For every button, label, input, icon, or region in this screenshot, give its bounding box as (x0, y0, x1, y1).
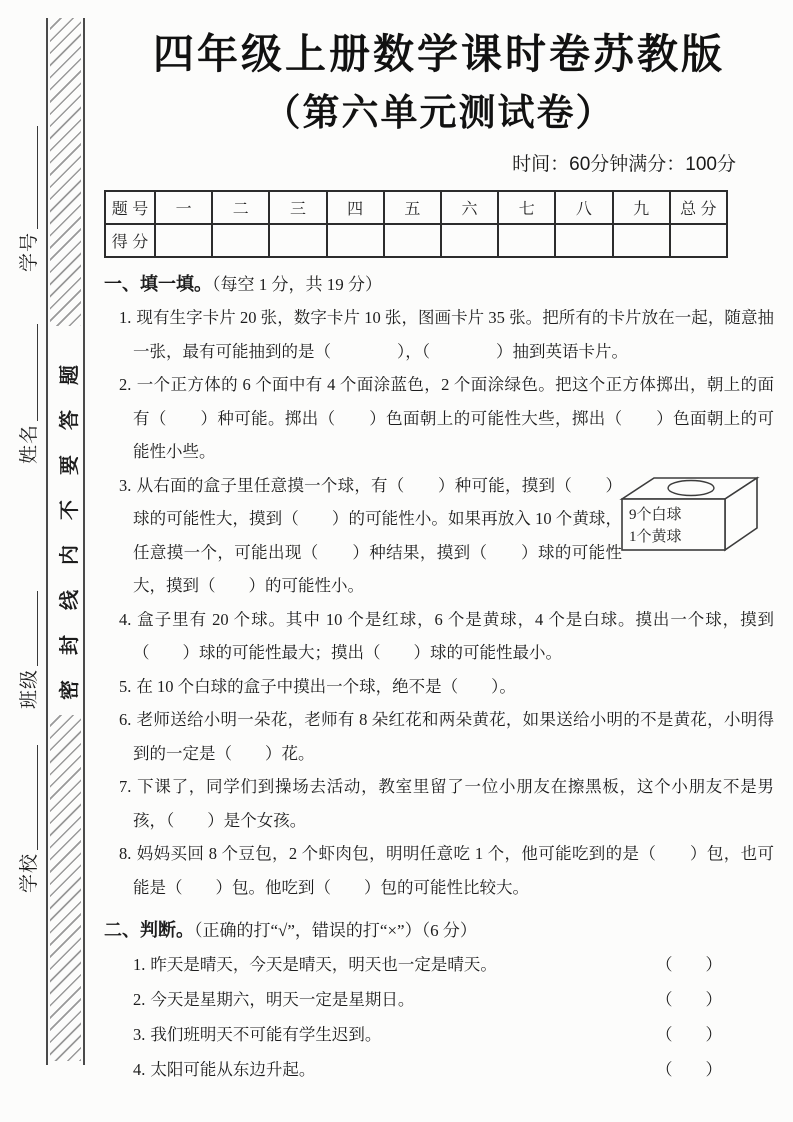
question-number: 4. (119, 610, 131, 629)
question-3: 9个白球 1个黄球 3.从右面的盒子里任意摸一个球，有（ ）种可能，摸到（ ）球… (104, 469, 774, 603)
answer-blank: （ ） (656, 1052, 774, 1087)
score-input-cell (498, 224, 555, 257)
score-table-header-row: 题 号 一 二 三 四 五 六 七 八 九 总 分 (105, 191, 727, 224)
student-id-field: 学号 (15, 126, 41, 272)
student-name-field: 姓名 (15, 324, 41, 464)
judgment-1: 1.昨天是晴天，今天是晴天，明天也一定是晴天。 （ ） (104, 947, 774, 982)
score-header-cell: 七 (498, 191, 555, 224)
judgment-number: 3. (133, 1025, 145, 1044)
time-score-info: 时间：60分钟满分：100分 (104, 149, 774, 176)
question-text: 盒子里有 20 个球。其中 10 个是红球，6 个是黄球，4 个是白球。摸出一个… (133, 610, 774, 663)
exam-content: 四年级上册数学课时卷苏教版 （第六单元测试卷） 时间：60分钟满分：100分 题… (104, 0, 774, 1087)
school-label: 学校 (14, 853, 41, 893)
judgment-number: 2. (133, 990, 145, 1009)
answer-blank: （ ） (656, 947, 774, 982)
question-number: 1. (119, 308, 131, 327)
judgment-2: 2.今天是星期六，明天一定是星期日。 （ ） (104, 982, 774, 1017)
judgment-number: 1. (133, 955, 145, 974)
score-input-cell (384, 224, 441, 257)
score-header-cell: 三 (269, 191, 326, 224)
score-header-cell: 二 (212, 191, 269, 224)
question-number: 6. (119, 710, 131, 729)
student-id-label: 学号 (14, 232, 41, 272)
ball-box-figure: 9个白球 1个黄球 (632, 472, 774, 554)
student-id-blank-line[interactable] (37, 126, 38, 229)
judgment-number: 4. (133, 1060, 145, 1079)
class-field: 班级 (15, 591, 41, 709)
question-text: 在 10 个白球的盒子中摸出一个球，绝不是（ ）。 (136, 677, 516, 696)
question-8: 8.妈妈买回 8 个豆包，2 个虾肉包，明明任意吃 1 个，他可能吃到的是（ ）… (104, 837, 774, 904)
question-number: 2. (119, 375, 131, 394)
score-header-cell: 八 (555, 191, 612, 224)
judgment-body: 3.我们班明天不可能有学生迟到。 (133, 1017, 656, 1052)
box-illustration: 9个白球 1个黄球 (618, 472, 760, 554)
judgment-text: 今天是星期六，明天一定是星期日。 (150, 990, 414, 1009)
score-input-cell (441, 224, 498, 257)
judgment-body: 1.昨天是晴天，今天是晴天，明天也一定是晴天。 (133, 947, 656, 982)
answer-blank: （ ） (656, 1017, 774, 1052)
seal-band: 密封线内不要答题 (46, 18, 85, 1065)
hatch-pattern-top (50, 18, 81, 326)
section-1-title: 一、填一填。 (104, 274, 212, 294)
section-2-heading: 二、判断。（正确的打“√”，错误的打“×”）（6 分） (104, 919, 774, 942)
question-text: 下课了，同学们到操场去活动，教室里留了一位小朋友在擦黑板，这个小朋友不是男孩，（… (133, 777, 774, 830)
question-number: 3. (119, 476, 131, 495)
section-1-note: （每空 1 分，共 19 分） (212, 275, 382, 294)
score-input-cell (155, 224, 212, 257)
judgment-question-list: 1.昨天是晴天，今天是晴天，明天也一定是晴天。 （ ） 2.今天是星期六，明天一… (104, 947, 774, 1087)
score-header-cell: 四 (327, 191, 384, 224)
question-6: 6.老师送给小明一朵花，老师有 8 朵红花和两朵黄花，如果送给小明的不是黄花，小… (104, 703, 774, 770)
judgment-text: 我们班明天不可能有学生迟到。 (150, 1025, 381, 1044)
exam-sheet: 学号 姓名 班级 学校 密封线内不要答题 四年级上册数学课时卷苏教版 （第六单元… (0, 0, 793, 1122)
paper-title: 四年级上册数学课时卷苏教版 (104, 28, 774, 81)
school-field: 学校 (15, 745, 41, 893)
question-1: 1.现有生字卡片 20 张，数字卡片 10 张，图画卡片 35 张。把所有的卡片… (104, 301, 774, 368)
question-number: 5. (119, 677, 131, 696)
score-header-cell: 六 (441, 191, 498, 224)
score-header-cell: 总 分 (670, 191, 727, 224)
box-label-line1: 9个白球 (629, 506, 682, 523)
judgment-3: 3.我们班明天不可能有学生迟到。 （ ） (104, 1017, 774, 1052)
score-header-cell: 题 号 (105, 191, 155, 224)
score-input-cell (555, 224, 612, 257)
class-blank-line[interactable] (37, 591, 38, 666)
score-table: 题 号 一 二 三 四 五 六 七 八 九 总 分 得 分 (104, 190, 728, 258)
question-text: 老师送给小明一朵花，老师有 8 朵红花和两朵黄花，如果送给小明的不是黄花，小明得… (133, 710, 774, 763)
answer-blank: （ ） (656, 982, 774, 1017)
question-text: 妈妈买回 8 个豆包，2 个虾肉包，明明任意吃 1 个，他可能吃到的是（ ）包，… (133, 844, 774, 897)
judgment-4: 4.太阳可能从东边升起。 （ ） (104, 1052, 774, 1087)
judgment-text: 太阳可能从东边升起。 (150, 1060, 315, 1079)
score-header-cell: 五 (384, 191, 441, 224)
score-input-cell (269, 224, 326, 257)
question-4: 4.盒子里有 20 个球。其中 10 个是红球，6 个是黄球，4 个是白球。摸出… (104, 603, 774, 670)
student-name-blank-line[interactable] (37, 324, 38, 421)
section-2-title: 二、判断。 (104, 920, 194, 940)
question-5: 5.在 10 个白球的盒子中摸出一个球，绝不是（ ）。 (104, 670, 774, 704)
question-7: 7.下课了，同学们到操场去活动，教室里留了一位小朋友在擦黑板，这个小朋友不是男孩… (104, 770, 774, 837)
judgment-body: 2.今天是星期六，明天一定是星期日。 (133, 982, 656, 1017)
student-name-label: 姓名 (14, 424, 41, 464)
paper-subtitle: （第六单元测试卷） (104, 89, 774, 137)
fill-in-question-list: 1.现有生字卡片 20 张，数字卡片 10 张，图画卡片 35 张。把所有的卡片… (104, 301, 774, 904)
score-header-cell: 一 (155, 191, 212, 224)
score-input-cell (613, 224, 670, 257)
question-number: 8. (119, 844, 131, 863)
question-text: 从右面的盒子里任意摸一个球，有（ ）种可能，摸到（ ）球的可能性大，摸到（ ）的… (133, 476, 622, 596)
score-table-score-row: 得 分 (105, 224, 727, 257)
question-number: 7. (119, 777, 131, 796)
judgment-text: 昨天是晴天，今天是晴天，明天也一定是晴天。 (150, 955, 497, 974)
hatch-pattern-bottom (50, 715, 81, 1061)
question-2: 2.一个正方体的 6 个面中有 4 个面涂蓝色，2 个面涂绿色。把这个正方体掷出… (104, 368, 774, 469)
judgment-body: 4.太阳可能从东边升起。 (133, 1052, 656, 1087)
score-label-cell: 得 分 (105, 224, 155, 257)
score-input-cell (212, 224, 269, 257)
question-text: 现有生字卡片 20 张，数字卡片 10 张，图画卡片 35 张。把所有的卡片放在… (133, 308, 774, 361)
section-2-note: （正确的打“√”，错误的打“×”）（6 分） (194, 921, 477, 940)
school-blank-line[interactable] (37, 745, 38, 850)
question-text: 一个正方体的 6 个面中有 4 个面涂蓝色，2 个面涂绿色。把这个正方体掷出，朝… (133, 375, 774, 461)
class-label: 班级 (14, 669, 41, 709)
box-label-line2: 1个黄球 (629, 527, 682, 545)
score-input-cell (670, 224, 727, 257)
score-header-cell: 九 (613, 191, 670, 224)
score-input-cell (327, 224, 384, 257)
section-1-heading: 一、填一填。（每空 1 分，共 19 分） (104, 273, 774, 296)
seal-line-text: 密封线内不要答题 (53, 329, 79, 711)
